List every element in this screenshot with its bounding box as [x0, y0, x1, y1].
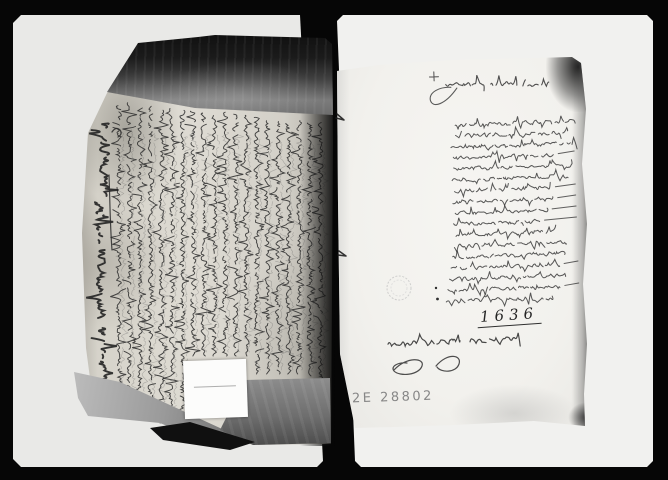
archive-label [183, 359, 248, 419]
right-paper-page [334, 54, 604, 432]
photo-stage: 1636 2E 28802 [0, 0, 668, 480]
label-ruled-line [194, 385, 236, 387]
gutter-shadow [334, 54, 350, 432]
pencil-archive-reference: 2E 28802 [352, 389, 434, 407]
smudge-bottom-edge [449, 384, 579, 426]
